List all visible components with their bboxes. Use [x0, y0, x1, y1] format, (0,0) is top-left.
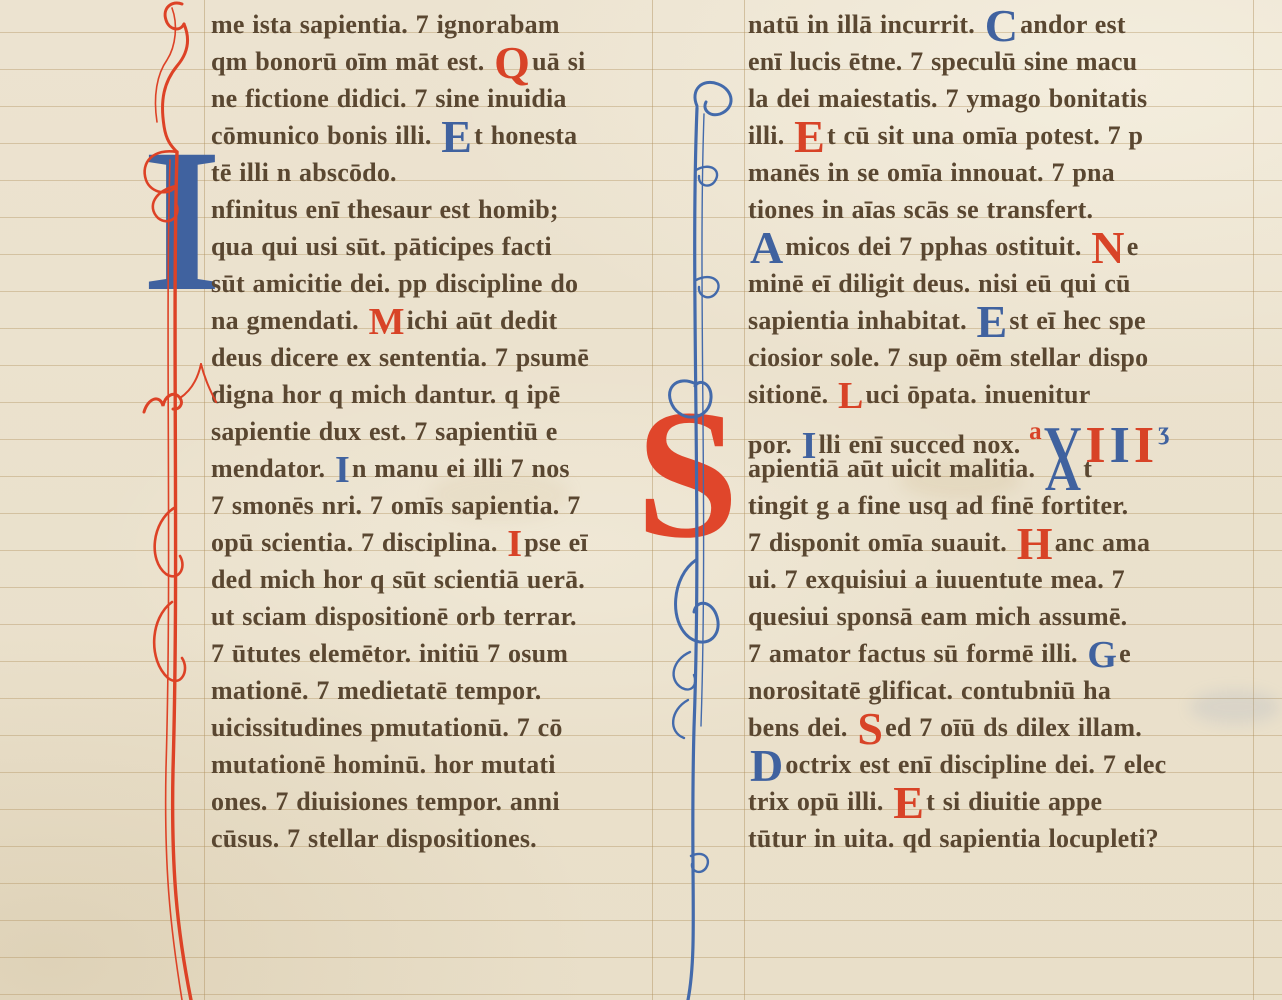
text-segment: 7 ūtutes elemētor. initiū 7 osum — [211, 639, 568, 668]
text-segment: sapientie dux est. 7 sapientiū e — [211, 417, 558, 446]
text-segment: cōmunico bonis illi. — [211, 121, 439, 150]
text-column-left: me ista sapientia. 7 ignorabamqm bonorū … — [211, 6, 661, 857]
text-segment: digna hor q mich dantur. q ipē — [211, 380, 560, 409]
text-line: deus dicere ex sententia. 7 psumē — [211, 339, 661, 376]
chapter-numeral: I — [1109, 417, 1133, 474]
text-segment: natū in illā incurrit. — [748, 10, 983, 39]
text-line: ciosior sole. 7 sup oēm stellar dispo — [748, 339, 1264, 376]
text-line: nfinitus enī thesaur est homib; — [211, 191, 661, 228]
text-segment: andor est — [1020, 10, 1126, 39]
text-segment: bens dei. — [748, 713, 855, 742]
text-line: enī lucis ētne. 7 speculū sine macu — [748, 43, 1264, 80]
text-segment: la dei maiestatis. 7 ymago bonitatis — [748, 84, 1147, 113]
text-segment: sitionē. — [748, 380, 836, 409]
decorated-initial: L — [836, 375, 866, 417]
chapter-numeral: I — [1133, 417, 1157, 474]
text-segment: norositatē glificat. contubniū ha — [748, 676, 1111, 705]
text-line: ui. 7 exquisiui a iuuentute mea. 7 — [748, 561, 1264, 598]
text-line: sapientie dux est. 7 sapientiū e — [211, 413, 661, 450]
text-line: cūsus. 7 stellar dispositiones. — [211, 820, 661, 857]
text-segment: ed 7 oīū ds dilex illam. — [885, 713, 1142, 742]
text-segment: 7 disponit omīa suauit. — [748, 528, 1015, 557]
text-segment: tē illi n abscōdo. — [211, 158, 397, 187]
text-segment: manēs in se omīa innouat. 7 pna — [748, 158, 1115, 187]
text-line: cōmunico bonis illi. Et honesta — [211, 117, 661, 154]
text-line: qua qui usi sūt. pāticipes facti — [211, 228, 661, 265]
text-line: tē illi n abscōdo. — [211, 154, 661, 191]
text-segment: 7 amator factus sū formē illi. — [748, 639, 1085, 668]
text-segment: t cū sit una omīa potest. 7 p — [827, 121, 1143, 150]
text-segment: ones. 7 diuisiones tempor. anni — [211, 787, 560, 816]
text-line: ones. 7 diuisiones tempor. anni — [211, 783, 661, 820]
text-segment: illi. — [748, 121, 792, 150]
text-segment: n manu ei illi 7 nos — [352, 454, 570, 483]
text-segment: mendator. — [211, 454, 333, 483]
text-line: por. Illi enī succed nox. aVIIIʒ — [748, 413, 1264, 450]
text-segment: sapientia inhabitat. — [748, 306, 975, 335]
text-line: sūt amicitie dei. pp discipline do — [211, 265, 661, 302]
text-segment: ichi aūt dedit — [407, 306, 558, 335]
text-line: qm bonorū oīm māt est. Quā si — [211, 43, 661, 80]
text-segment: trix opū illi. — [748, 787, 891, 816]
text-line: digna hor q mich dantur. q ipē — [211, 376, 661, 413]
text-line: tūtur in uita. qd sapientia locupleti? — [748, 820, 1264, 857]
text-segment: 7 smonēs nri. 7 omīs sapientia. 7 — [211, 491, 580, 520]
text-segment: t si diuitie appe — [926, 787, 1102, 816]
text-line: uicissitudines pmutationū. 7 cō — [211, 709, 661, 746]
text-segment: minē eī diligit deus. nisi eū qui cū — [748, 269, 1131, 298]
text-segment: deus dicere ex sententia. 7 psumē — [211, 343, 589, 372]
text-line: norositatē glificat. contubniū ha — [748, 672, 1264, 709]
text-column-right: natū in illā incurrit. Candor estenī luc… — [748, 6, 1264, 857]
text-segment: uci ōpata. inuenitur — [866, 380, 1091, 409]
text-line: 7 smonēs nri. 7 omīs sapientia. 7 — [211, 487, 661, 524]
text-line: tiones in aīas scās se transfert. — [748, 191, 1264, 228]
text-segment: ui. 7 exquisiui a iuuentute mea. 7 — [748, 565, 1125, 594]
text-line: 7 amator factus sū formē illi. Ge — [748, 635, 1264, 672]
text-segment: apientiā aūt uicit malitia. — [748, 454, 1043, 483]
text-segment: me ista sapientia. 7 ignorabam — [211, 10, 560, 39]
decorated-initial: E — [439, 111, 474, 162]
text-segment: mationē. 7 medietatē tempor. — [211, 676, 541, 705]
text-segment: nfinitus enī thesaur est homib; — [211, 195, 559, 224]
decorated-initial: G — [1085, 634, 1119, 676]
chapter-numeral: ʒ — [1157, 418, 1171, 445]
text-segment: ne fictione didici. 7 sine inuidia — [211, 84, 567, 113]
text-line: trix opū illi. Et si diuitie appe — [748, 783, 1264, 820]
text-line: sitionē. Luci ōpata. inuenitur — [748, 376, 1264, 413]
text-segment: tiones in aīas scās se transfert. — [748, 195, 1093, 224]
text-segment: micos dei 7 pphas ostituit. — [785, 232, 1089, 261]
text-line: me ista sapientia. 7 ignorabam — [211, 6, 661, 43]
text-segment: enī lucis ētne. 7 speculū sine macu — [748, 47, 1137, 76]
manuscript-page: I S me ista sapientia. 7 ignorabamqm bon… — [0, 0, 1282, 1000]
text-line: ne fictione didici. 7 sine inuidia — [211, 80, 661, 117]
text-line: 7 disponit omīa suauit. Hanc ama — [748, 524, 1264, 561]
text-line: sapientia inhabitat. Est eī hec spe — [748, 302, 1264, 339]
text-line: mationē. 7 medietatē tempor. — [211, 672, 661, 709]
text-line: tingit g a fine usq ad finē fortiter. — [748, 487, 1264, 524]
decorated-initial: M — [367, 301, 407, 343]
text-line: bens dei. Sed 7 oīū ds dilex illam. — [748, 709, 1264, 746]
text-segment: ciosior sole. 7 sup oēm stellar dispo — [748, 343, 1148, 372]
initial-I-infinitus: I — [142, 118, 222, 323]
text-line: quesiui sponsā eam mich assumē. — [748, 598, 1264, 635]
text-line: apientiā aūt uicit malitia. At — [748, 450, 1264, 487]
text-line: 7 ūtutes elemētor. initiū 7 osum — [211, 635, 661, 672]
text-segment: mutationē hominū. hor mutati — [211, 750, 556, 779]
text-line: Amicos dei 7 pphas ostituit. Ne — [748, 228, 1264, 265]
text-segment: e — [1119, 639, 1131, 668]
text-segment: ut sciam dispositionē orb terrar. — [211, 602, 577, 631]
text-segment: ded mich hor q sūt scientiā uerā. — [211, 565, 585, 594]
text-segment: pse eī — [524, 528, 588, 557]
text-segment: cūsus. 7 stellar dispositiones. — [211, 824, 537, 853]
text-segment: uicissitudines pmutationū. 7 cō — [211, 713, 563, 742]
text-segment: opū scientia. 7 disciplina. — [211, 528, 505, 557]
text-segment: anc ama — [1055, 528, 1151, 557]
vertical-ruling — [744, 0, 745, 1000]
text-segment: tūtur in uita. qd sapientia locupleti? — [748, 824, 1159, 853]
text-line: mendator. In manu ei illi 7 nos — [211, 450, 661, 487]
text-segment: st eī hec spe — [1009, 306, 1145, 335]
text-line: Doctrix est enī discipline dei. 7 elec — [748, 746, 1264, 783]
decorated-initial: I — [333, 449, 352, 491]
text-line: natū in illā incurrit. Candor est — [748, 6, 1264, 43]
text-segment: t — [1083, 454, 1092, 483]
text-segment: na gmendati. — [211, 306, 367, 335]
text-segment: tingit g a fine usq ad finē fortiter. — [748, 491, 1128, 520]
chapter-numeral: a — [1028, 418, 1043, 445]
text-segment: quesiui sponsā eam mich assumē. — [748, 602, 1127, 631]
text-segment: uā si — [532, 47, 585, 76]
text-line: ut sciam dispositionē orb terrar. — [211, 598, 661, 635]
text-line: mutationē hominū. hor mutati — [211, 746, 661, 783]
text-segment: octrix est enī discipline dei. 7 elec — [785, 750, 1166, 779]
text-segment: e — [1127, 232, 1139, 261]
text-line: illi. Et cū sit una omīa potest. 7 p — [748, 117, 1264, 154]
text-line: na gmendati. Michi aūt dedit — [211, 302, 661, 339]
text-line: opū scientia. 7 disciplina. Ipse eī — [211, 524, 661, 561]
text-segment: t honesta — [474, 121, 577, 150]
decorated-initial: I — [505, 523, 524, 565]
text-segment: qua qui usi sūt. pāticipes facti — [211, 232, 552, 261]
text-line: manēs in se omīa innouat. 7 pna — [748, 154, 1264, 191]
text-line: ded mich hor q sūt scientiā uerā. — [211, 561, 661, 598]
text-segment: qm bonorū oīm māt est. — [211, 47, 492, 76]
text-segment: sūt amicitie dei. pp discipline do — [211, 269, 578, 298]
